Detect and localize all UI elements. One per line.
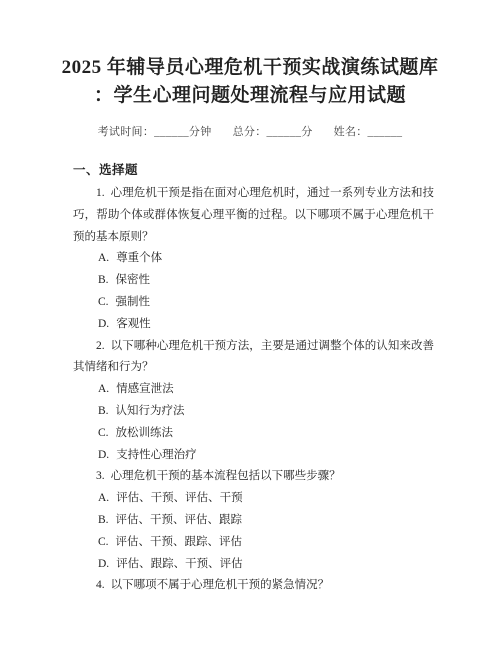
option-b-letter: B. [98,514,109,526]
question-3-text: 心理危机干预的基本流程包括以下哪些步骤？ [111,470,341,482]
option-c-letter: C. [98,536,109,548]
question-1: 1.心理危机干预是指在面对心理危机时，通过一系列专业方法和技巧，帮助个体或群体恢… [73,183,434,248]
question-1-option-a: A.尊重个体 [73,248,434,270]
option-c-letter: C. [98,427,109,439]
exam-info-row: 考试时间：______分钟 总分：______分 姓名：______ [0,123,500,139]
document-title: 2025 年辅导员心理危机干预实战演练试题库 ：学生心理问题处理流程与应用试题 [38,54,462,110]
option-c-text: 强制性 [116,296,151,308]
question-4-text: 以下哪项不属于心理危机干预的紧急情况？ [111,579,330,591]
option-d-text: 评估、跟踪、干预、评估 [116,558,243,570]
total-score-field: 总分：______分 [233,126,313,138]
question-1-number: 1. [96,187,105,199]
option-a-letter: A. [98,383,109,395]
option-d-letter: D. [98,318,109,330]
question-1-option-c: C.强制性 [73,292,434,314]
option-d-text: 支持性心理治疗 [116,449,197,461]
option-d-letter: D. [98,449,109,461]
question-1-text: 心理危机干预是指在面对心理危机时，通过一系列专业方法和技巧，帮助个体或群体恢复心… [73,187,434,243]
title-line-1: 2025 年辅导员心理危机干预实战演练试题库 [38,54,462,82]
question-3-number: 3. [96,470,105,482]
option-b-text: 评估、干预、评估、跟踪 [116,514,243,526]
question-3-option-a: A.评估、干预、评估、干预 [73,488,434,510]
option-a-text: 尊重个体 [116,252,162,264]
title-line-2: ：学生心理问题处理流程与应用试题 [38,82,462,110]
question-2-text: 以下哪种心理危机干预方法，主要是通过调整个体的认知来改善其情绪和行为？ [73,340,434,374]
option-c-text: 评估、干预、跟踪、评估 [116,536,243,548]
option-a-letter: A. [98,252,109,264]
question-3-option-c: C.评估、干预、跟踪、评估 [73,532,434,554]
question-3: 3.心理危机干预的基本流程包括以下哪些步骤？ [73,466,434,488]
questions-list: 1.心理危机干预是指在面对心理危机时，通过一系列专业方法和技巧，帮助个体或群体恢… [73,183,434,597]
question-1-option-d: D.客观性 [73,314,434,336]
name-field: 姓名：______ [334,126,403,138]
option-a-text: 评估、干预、评估、干预 [116,492,243,504]
question-2-option-a: A.情感宣泄法 [73,379,434,401]
option-d-text: 客观性 [116,318,151,330]
option-b-letter: B. [98,274,109,286]
section-heading-choice-questions: 一、选择题 [73,160,434,178]
question-2-option-d: D.支持性心理治疗 [73,445,434,467]
option-b-text: 保密性 [116,274,151,286]
question-4-number: 4. [96,579,105,591]
option-a-letter: A. [98,492,109,504]
question-2-number: 2. [96,340,105,352]
question-4: 4.以下哪项不属于心理危机干预的紧急情况？ [73,575,434,597]
option-b-text: 认知行为疗法 [116,405,185,417]
question-2-option-b: B.认知行为疗法 [73,401,434,423]
question-3-option-d: D.评估、跟踪、干预、评估 [73,554,434,576]
option-c-letter: C. [98,296,109,308]
question-2-option-c: C.放松训练法 [73,423,434,445]
question-3-option-b: B.评估、干预、评估、跟踪 [73,510,434,532]
exam-document-page: 2025 年辅导员心理危机干预实战演练试题库 ：学生心理问题处理流程与应用试题 … [0,0,500,647]
option-b-letter: B. [98,405,109,417]
question-2: 2.以下哪种心理危机干预方法，主要是通过调整个体的认知来改善其情绪和行为？ [73,336,434,380]
option-d-letter: D. [98,558,109,570]
question-1-option-b: B.保密性 [73,270,434,292]
option-a-text: 情感宣泄法 [116,383,174,395]
option-c-text: 放松训练法 [116,427,174,439]
exam-time-field: 考试时间：______分钟 [98,126,212,138]
